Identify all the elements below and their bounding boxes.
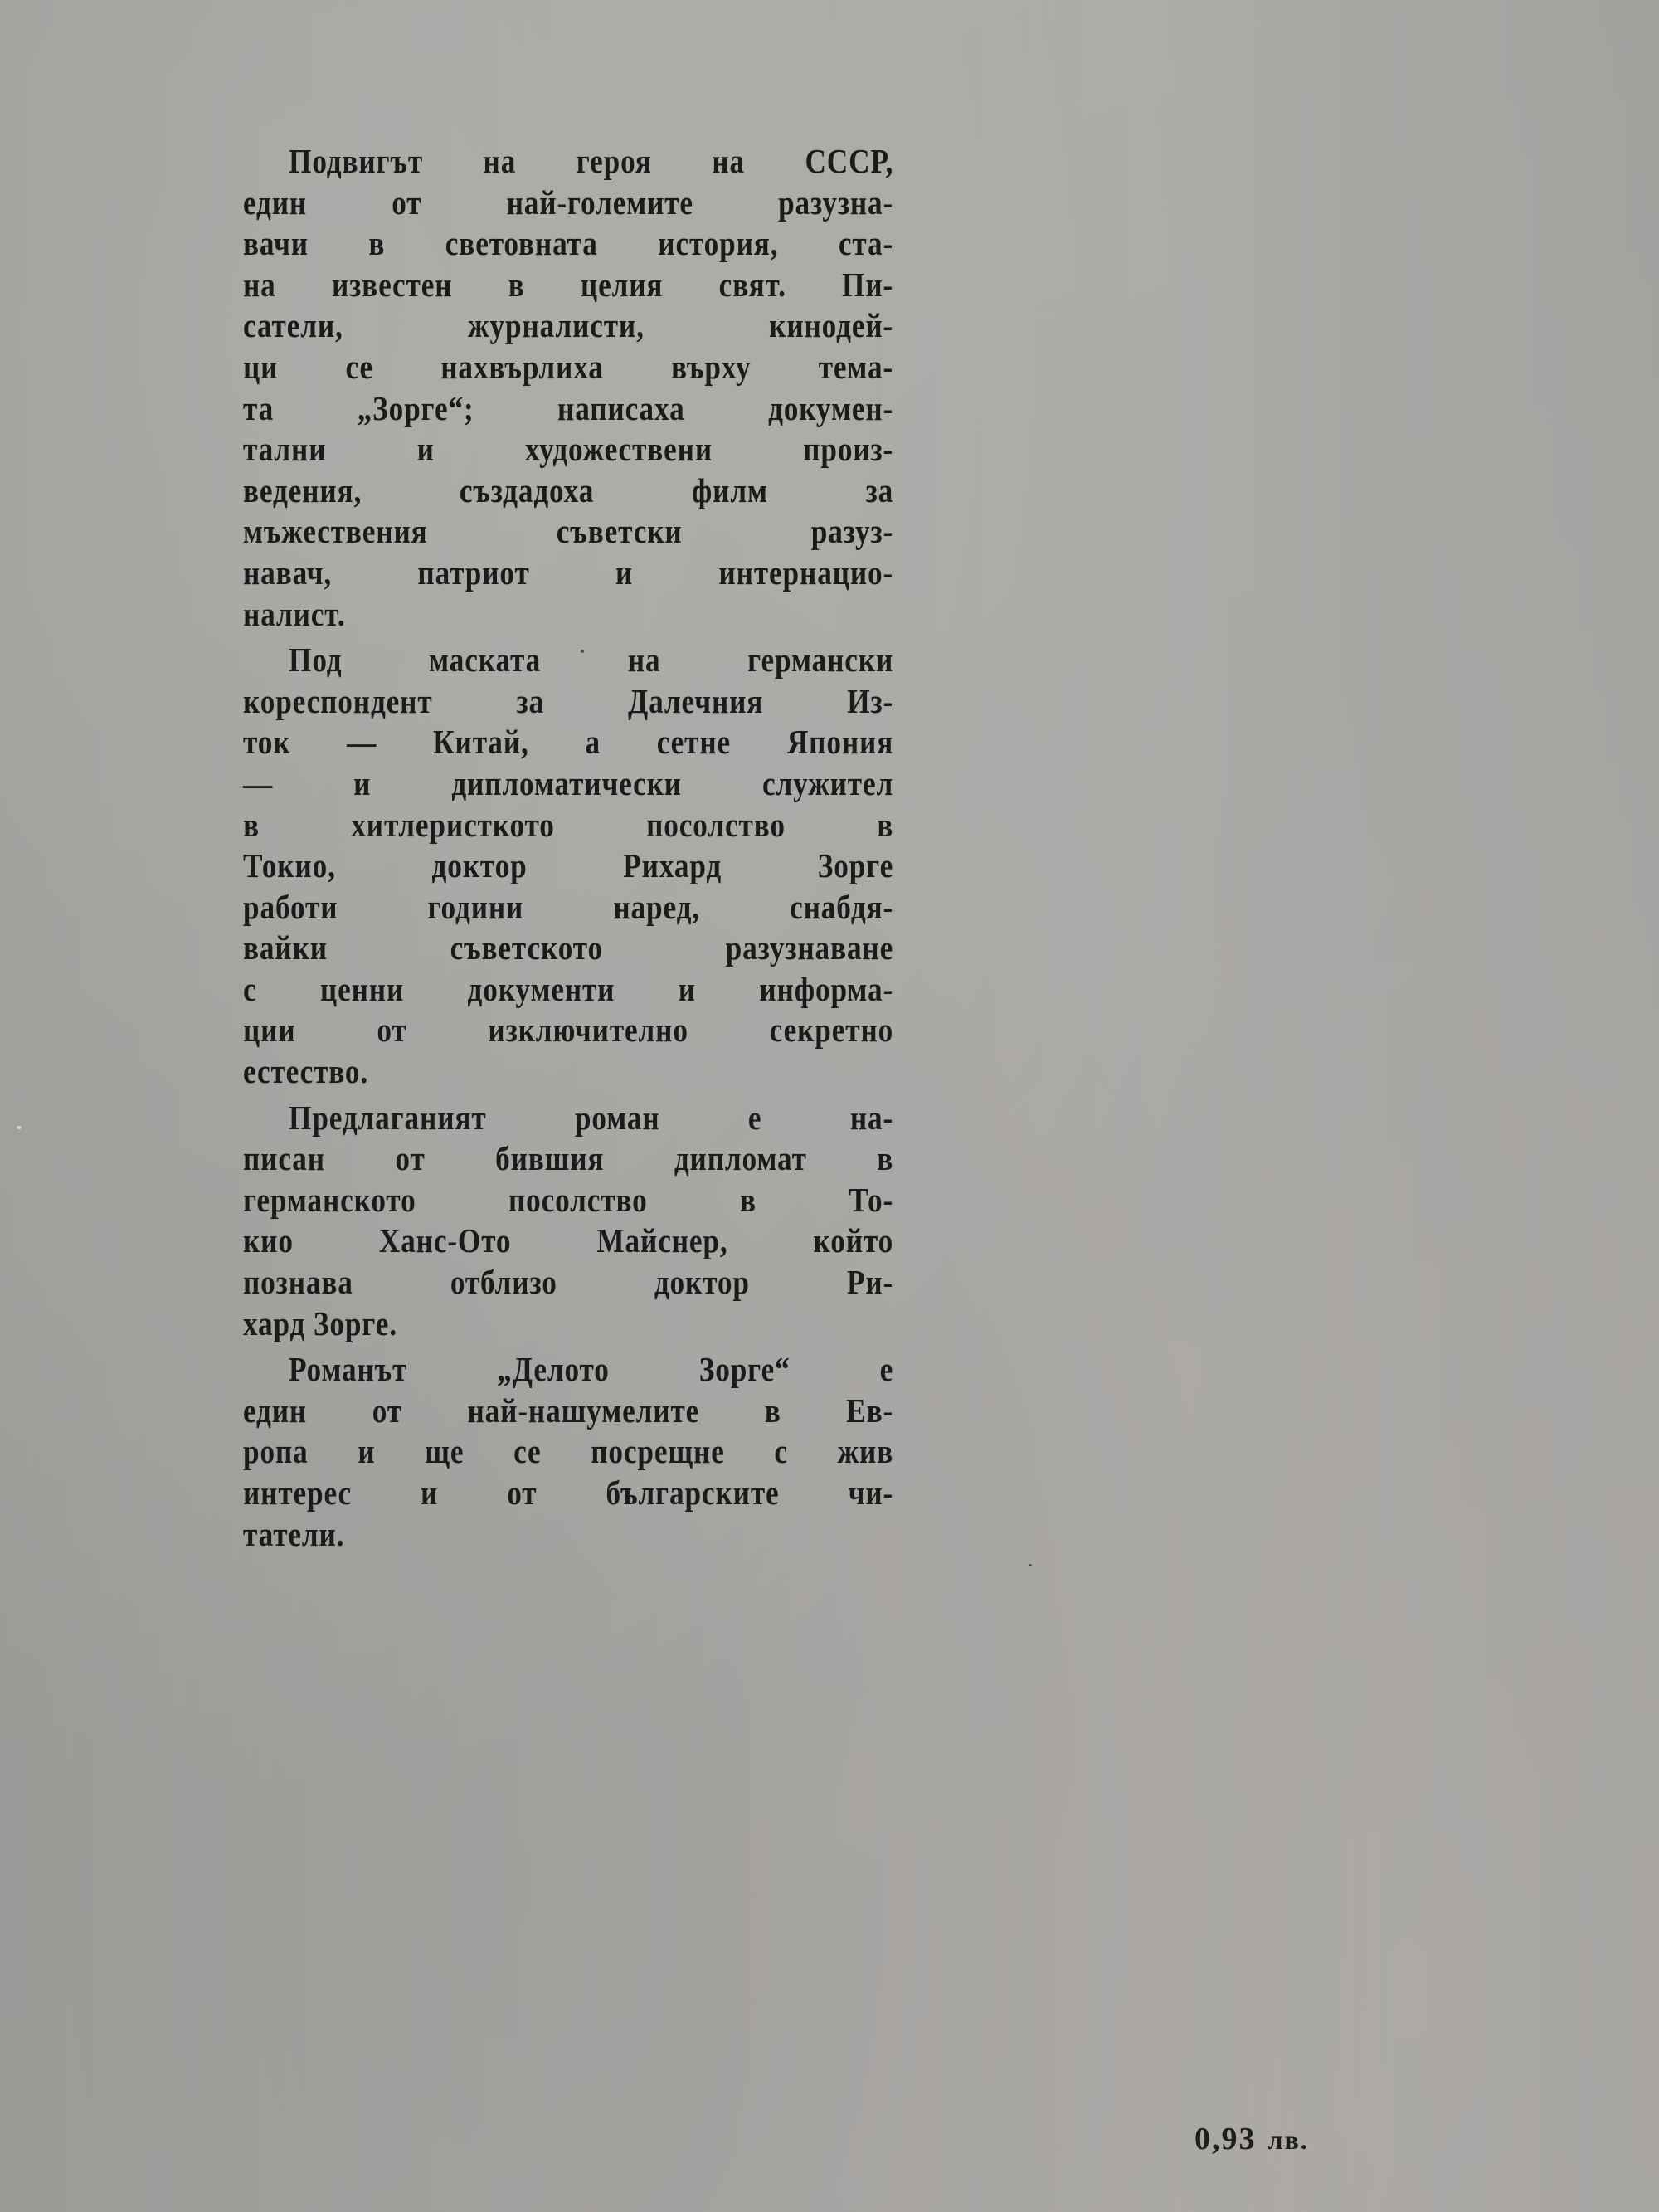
text-line: хард Зорге. bbox=[243, 1303, 893, 1345]
text-line: писан от бившия дипломат в bbox=[243, 1138, 893, 1180]
text-line: тални и художествени произ- bbox=[243, 429, 893, 470]
text-line-content: налист. bbox=[243, 595, 346, 633]
text-line: та „Зорге“; написаха докумен- bbox=[243, 388, 893, 430]
text-line: в хитлеристкото посолство в bbox=[243, 805, 893, 846]
paragraph: Романът „Делото Зорге“ еедин от най-нашу… bbox=[243, 1349, 893, 1555]
text-line-content: един от най-нашумелите в Ев- bbox=[243, 1391, 893, 1430]
text-line-content: кио Ханс-Ото Майснер, който bbox=[243, 1221, 893, 1259]
text-line-content: работи години наред, снабдя- bbox=[243, 888, 893, 926]
text-line: мъжествения съветски разуз- bbox=[243, 511, 893, 553]
text-line-content: кореспондент за Далечния Из- bbox=[243, 682, 893, 720]
paper-speck bbox=[17, 1126, 22, 1129]
text-line: Предлаганият роман е на- bbox=[243, 1098, 893, 1139]
text-line-content: сатели, журналисти, кинодей- bbox=[243, 306, 893, 344]
text-line: един от най-нашумелите в Ев- bbox=[243, 1391, 893, 1432]
text-line: Подвигът на героя на СССР, bbox=[243, 141, 893, 183]
text-line: вачи в световната история, ста- bbox=[243, 223, 893, 265]
text-line-content: ции от изключително секретно bbox=[243, 1011, 893, 1049]
text-line-content: интерес и от българските чи- bbox=[243, 1474, 893, 1512]
text-line-content: ток — Китай, а сетне Япония bbox=[243, 723, 893, 761]
text-line: кио Ханс-Ото Майснер, който bbox=[243, 1220, 893, 1262]
text-line: навач, патриот и интернацио- bbox=[243, 553, 893, 594]
text-line: ведения, създадоха филм за bbox=[243, 470, 893, 512]
text-line-content: познава отблизо доктор Ри- bbox=[243, 1263, 893, 1301]
text-line-content: Токио, доктор Рихард Зорге bbox=[243, 846, 893, 884]
text-line: познава отблизо доктор Ри- bbox=[243, 1262, 893, 1303]
text-line: естество. bbox=[243, 1051, 893, 1093]
text-line: — и дипломатически служител bbox=[243, 763, 893, 805]
text-line: ропа и ще се посрещне с жив bbox=[243, 1431, 893, 1473]
text-line: сатели, журналисти, кинодей- bbox=[243, 305, 893, 347]
text-line-content: ропа и ще се посрещне с жив bbox=[243, 1432, 893, 1470]
price-amount: 0,93 bbox=[1194, 2122, 1257, 2156]
paragraph: Предлаганият роман е на-писан от бившия … bbox=[243, 1098, 893, 1345]
paragraph: Под маската на германскикореспондент за … bbox=[243, 640, 893, 1093]
text-line: Романът „Делото Зорге“ е bbox=[243, 1349, 893, 1391]
text-line: татели. bbox=[243, 1514, 893, 1556]
text-line-content: та „Зорге“; написаха докумен- bbox=[243, 389, 893, 427]
text-line-content: естество. bbox=[243, 1052, 368, 1090]
paragraph: Подвигът на героя на СССР,един от най-го… bbox=[243, 141, 893, 635]
text-line: ток — Китай, а сетне Япония bbox=[243, 722, 893, 763]
text-line: един от най-големите разузна- bbox=[243, 183, 893, 224]
text-line-content: вачи в световната история, ста- bbox=[243, 224, 893, 262]
text-line-content: ведения, създадоха филм за bbox=[243, 471, 893, 509]
text-line: ци се нахвърлиха върху тема- bbox=[243, 347, 893, 388]
text-line-content: мъжествения съветски разуз- bbox=[243, 512, 893, 550]
text-line: с ценни документи и информа- bbox=[243, 969, 893, 1011]
text-line-content: германското посолство в То- bbox=[243, 1181, 893, 1219]
text-line-content: тални и художествени произ- bbox=[243, 430, 893, 468]
text-line-content: Подвигът на героя на СССР, bbox=[289, 142, 893, 180]
text-line-content: Романът „Делото Зорге“ е bbox=[289, 1350, 893, 1388]
book-back-cover: Подвигът на героя на СССР,един от най-го… bbox=[0, 0, 1659, 2212]
text-line: налист. bbox=[243, 594, 893, 636]
text-line: работи години наред, снабдя- bbox=[243, 887, 893, 928]
text-line: Токио, доктор Рихард Зорге bbox=[243, 845, 893, 887]
price-currency: лв. bbox=[1268, 2125, 1309, 2155]
blurb-text-column: Подвигът на героя на СССР,един от най-го… bbox=[243, 141, 893, 1560]
text-line-content: ци се нахвърлиха върху тема- bbox=[243, 348, 893, 386]
text-line: Под маската на германски bbox=[243, 640, 893, 681]
text-line-content: Предлаганият роман е на- bbox=[289, 1099, 893, 1137]
text-line-content: татели. bbox=[243, 1515, 344, 1553]
text-line-content: — и дипломатически служител bbox=[243, 764, 893, 802]
price-label: 0,93лв. bbox=[1194, 2121, 1309, 2157]
text-line: ции от изключително секретно bbox=[243, 1010, 893, 1051]
paper-speck bbox=[581, 650, 584, 653]
text-line: германското посолство в То- bbox=[243, 1180, 893, 1221]
text-line: на известен в целия свят. Пи- bbox=[243, 265, 893, 306]
text-line: вайки съветското разузнаване bbox=[243, 928, 893, 969]
text-line-content: на известен в целия свят. Пи- bbox=[243, 266, 893, 304]
text-line-content: хард Зорге. bbox=[243, 1304, 397, 1342]
text-line: кореспондент за Далечния Из- bbox=[243, 681, 893, 723]
text-line-content: писан от бившия дипломат в bbox=[243, 1139, 893, 1177]
text-line-content: в хитлеристкото посолство в bbox=[243, 806, 893, 844]
paper-speck bbox=[1029, 1564, 1032, 1566]
text-line-content: навач, патриот и интернацио- bbox=[243, 553, 893, 592]
text-line-content: един от най-големите разузна- bbox=[243, 183, 893, 222]
text-line-content: Под маската на германски bbox=[289, 641, 893, 679]
text-line: интерес и от българските чи- bbox=[243, 1473, 893, 1514]
text-line-content: с ценни документи и информа- bbox=[243, 970, 893, 1008]
text-line-content: вайки съветското разузнаване bbox=[243, 928, 893, 967]
